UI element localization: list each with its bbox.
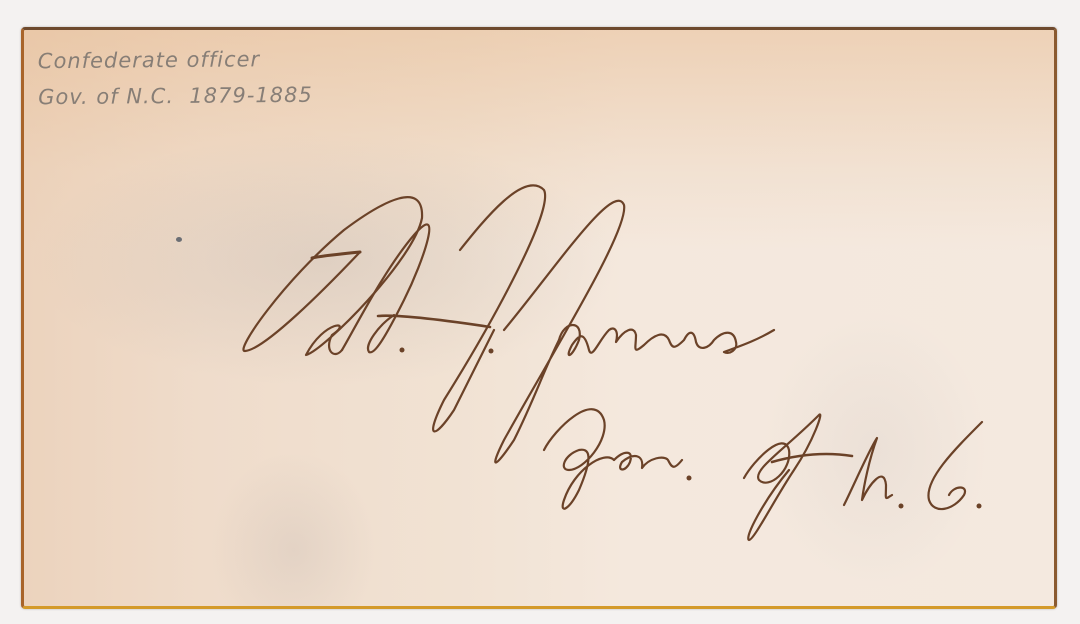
- signature-title: Gov. of N.C.: [524, 420, 833, 480]
- signature-name: Tho. J. Jarvis: [244, 300, 626, 370]
- autograph-card: Confederate officerGov. of N.C. 1879-188…: [21, 27, 1057, 609]
